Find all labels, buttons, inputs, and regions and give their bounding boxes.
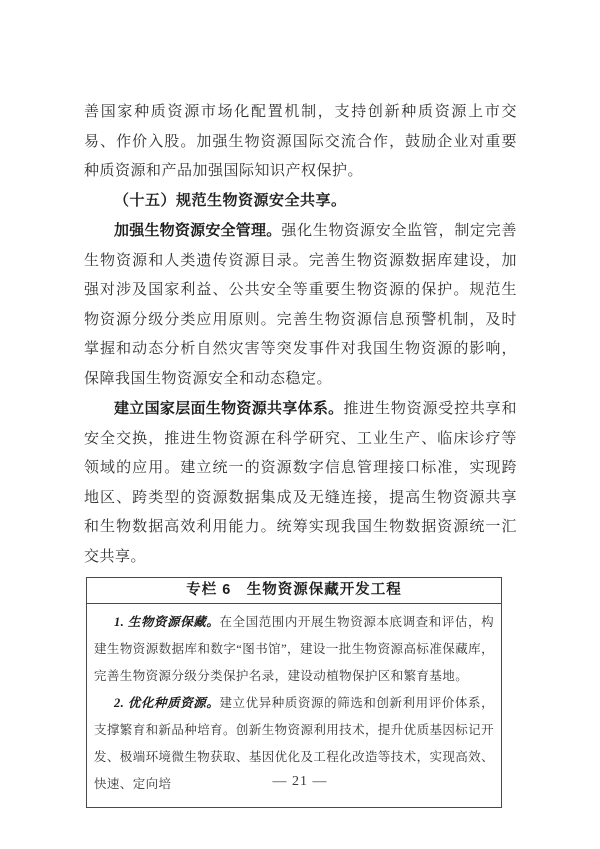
section-heading: （十五）规范生物资源安全共享。: [84, 187, 517, 217]
paragraph-security-management: 加强生物资源安全管理。强化生物资源安全监管，制定完善生物资源和人类遗传资源目录。…: [84, 216, 517, 394]
document-page: 善国家种质资源市场化配置机制，支持创新种质资源上市交易、作价入股。加强生物资源国…: [0, 0, 600, 849]
box-item-1-lead: 1. 生物资源保藏。: [114, 615, 219, 629]
paragraph-lead-sharing: 建立国家层面生物资源共享体系。: [114, 400, 343, 417]
text-block: 善国家种质资源市场化配置机制，支持创新种质资源上市交易、作价入股。加强生物资源国…: [84, 98, 517, 808]
paragraph-lead-security: 加强生物资源安全管理。: [114, 222, 281, 239]
box-item-1: 1. 生物资源保藏。在全国范围内开展生物资源本底调查和评估，构建生物资源数据库和…: [94, 609, 494, 690]
column-box-title: 专栏 6 生物资源保藏开发工程: [87, 578, 501, 604]
paragraph-continuation: 善国家种质资源市场化配置机制，支持创新种质资源上市交易、作价入股。加强生物资源国…: [84, 98, 517, 187]
paragraph-sharing-system: 建立国家层面生物资源共享体系。推进生物资源受控共享和安全交换，推进生物资源在科学…: [84, 394, 517, 572]
box-item-2-lead: 2. 优化种质资源。: [114, 696, 219, 710]
page-number: — 21 —: [0, 774, 600, 790]
paragraph-text-security: 强化生物资源安全监管，制定完善生物资源和人类遗传资源目录。完善生物资源数据库建设…: [84, 223, 517, 387]
paragraph-text-sharing: 推进生物资源受控共享和安全交换，推进生物资源在科学研究、工业生产、临床诊疗等领域…: [84, 401, 517, 565]
